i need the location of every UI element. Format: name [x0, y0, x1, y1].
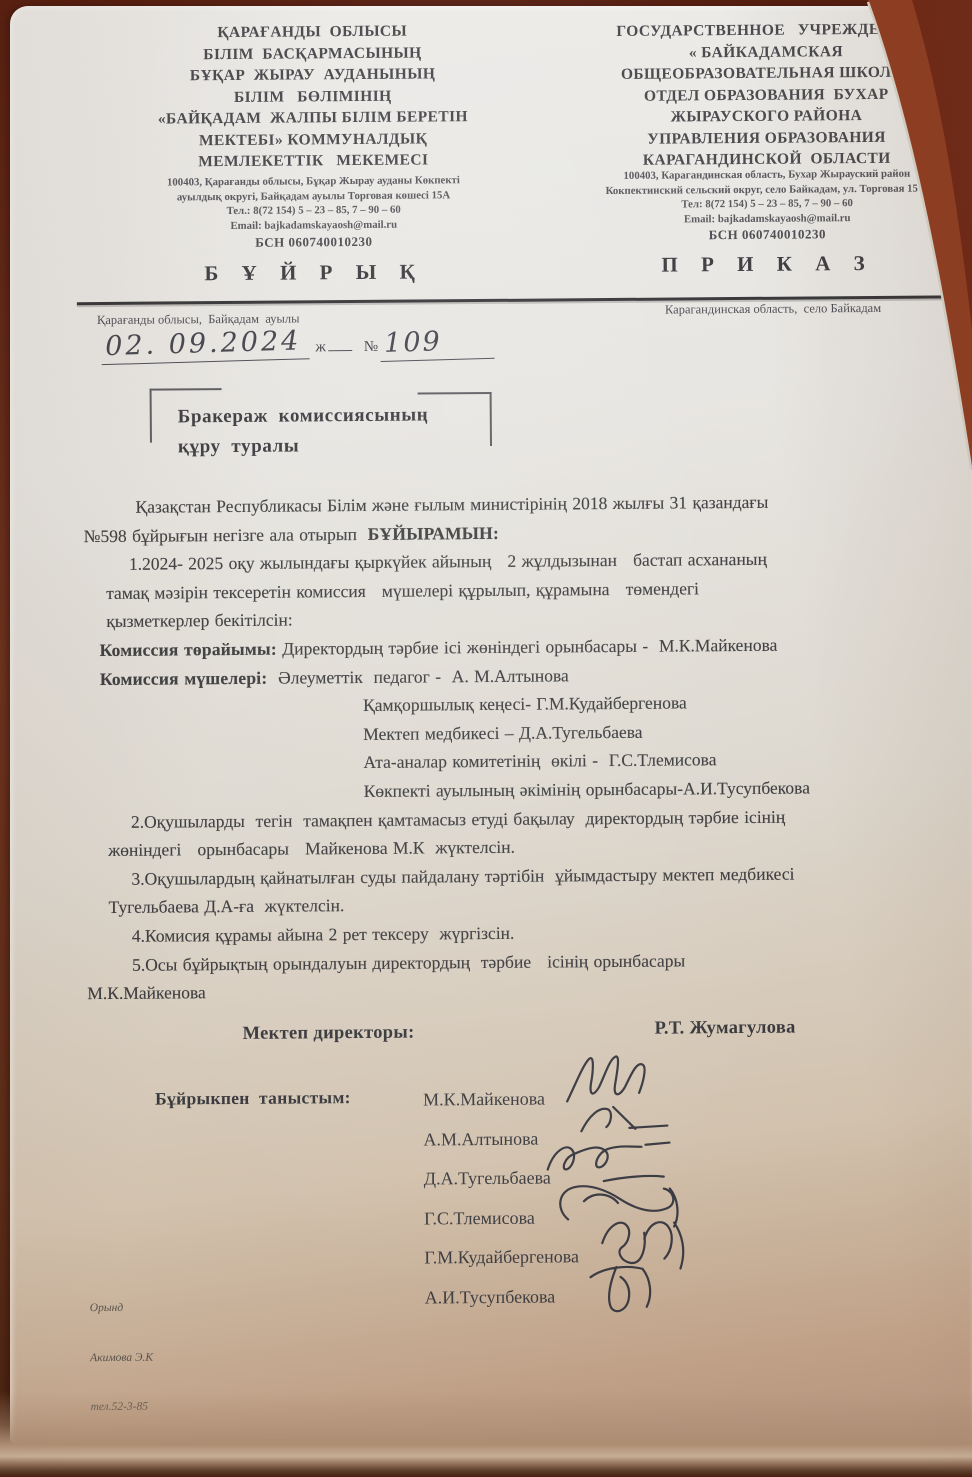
letterhead-line: МЕМЛЕКЕТТІК МЕКЕМЕСІ	[106, 149, 521, 174]
handwritten-order-number: 109	[380, 325, 494, 362]
bsn-number-right: БСН 060740010230	[581, 225, 953, 244]
director-name: Р.Т. Жумагулова	[655, 1018, 796, 1040]
executor-phone: тел.52-3-85	[90, 1399, 153, 1416]
signature-squiggle	[573, 1097, 673, 1140]
letterhead-kazakh: ҚАРАҒАНДЫ ОБЛЫСЫБІЛІМ БАСҚАРМАСЫНЫҢБҰҚАР…	[105, 20, 521, 174]
acknowledged-person-name: А.И.Тусупбекова	[425, 1277, 580, 1318]
acknowledgment-names: М.К.МайкеноваА.М.АлтыноваД.А.Тугельбаева…	[423, 1079, 579, 1317]
date-and-number-row: 02. 09.2024ж№109	[101, 326, 494, 363]
letterhead-russian: ГОСУДАРСТВЕННОЕ УЧРЕЖДЕНИЕ« БАЙКАДАМСКАЯ…	[580, 18, 953, 171]
executor-name: Акимова Э.К	[90, 1349, 153, 1366]
subject-title-frame: Бракераж комиссиясыныңқұру туралы	[150, 386, 493, 475]
blank-underline	[328, 332, 352, 351]
signature-squiggle	[592, 1212, 702, 1277]
letterhead-line: ОБЩЕОБРАЗОВАТЕЛЬНАЯ ШКОЛА»	[580, 61, 952, 85]
bsn-number-left: БСН 060740010230	[106, 233, 521, 252]
letterhead-russian-address: 100403, Карагандинская область, Бухар Жы…	[581, 166, 953, 227]
date-suffix-zh: ж	[315, 339, 326, 356]
order-word-russian: П Р И К А З	[581, 250, 953, 278]
executor-info: Орынд Акимова Э.К тел.52-3-85	[89, 1267, 153, 1449]
letterhead-line: УПРАВЛЕНИЯ ОБРАЗОВАНИЯ	[581, 126, 953, 150]
executor-label: Орынд	[90, 1300, 153, 1317]
order-body-text: Қазақстан Республикасы Білім және ғылым …	[83, 486, 945, 1007]
letterhead-line: «БАЙҚАДАМ ЖАЛПЫ БІЛІМ БЕРЕТІН	[105, 106, 520, 131]
letterhead-line: ОТДЕЛ ОБРАЗОВАНИЯ БУХАР	[580, 83, 952, 107]
acknowledged-person-name: М.К.Майкенова	[423, 1079, 578, 1120]
signature-squiggle	[580, 1255, 676, 1316]
handwritten-date: 02. 09.2024	[101, 325, 310, 365]
acknowledged-person-name: Д.А.Тугельбаева	[424, 1158, 579, 1199]
scanned-document-photo: ҚАРАҒАНДЫ ОБЛЫСЫБІЛІМ БАСҚАРМАСЫНЫҢБҰҚАР…	[0, 0, 972, 1477]
letterhead-line: ГОСУДАРСТВЕННОЕ УЧРЕЖДЕНИЕ	[580, 18, 952, 42]
document-content: ҚАРАҒАНДЫ ОБЛЫСЫБІЛІМ БАСҚАРМАСЫНЫҢБҰҚАР…	[0, 0, 972, 1477]
letterhead-line: ЖЫРАУСКОГО РАЙОНА	[580, 104, 952, 128]
number-sign: №	[364, 339, 378, 356]
letterhead-line: « БАЙКАДАМСКАЯ	[580, 40, 952, 64]
director-label: Мектеп директоры:	[243, 1023, 415, 1045]
acknowledged-person-name: Г.М.Кудайбергенова	[424, 1237, 579, 1278]
letterhead-kazakh-address: 100403, Қарағанды облысы, Бұқар Жырау ау…	[106, 173, 521, 235]
letterhead-address-line: Email: bajkadamskayaosh@mail.ru	[106, 216, 521, 234]
acknowledged-person-name: А.М.Алтынова	[423, 1119, 578, 1160]
acknowledgment-label: Бұйрыкпен таныстым:	[155, 1087, 351, 1110]
order-word-kazakh: Б Ұ Й Р Ы Қ	[107, 259, 522, 287]
place-label-russian: Карагандинская область, село Байкадам	[665, 301, 881, 318]
subject-title: Бракераж комиссиясыныңқұру туралы	[178, 400, 429, 462]
acknowledged-person-name: Г.С.Тлемисова	[424, 1198, 579, 1239]
